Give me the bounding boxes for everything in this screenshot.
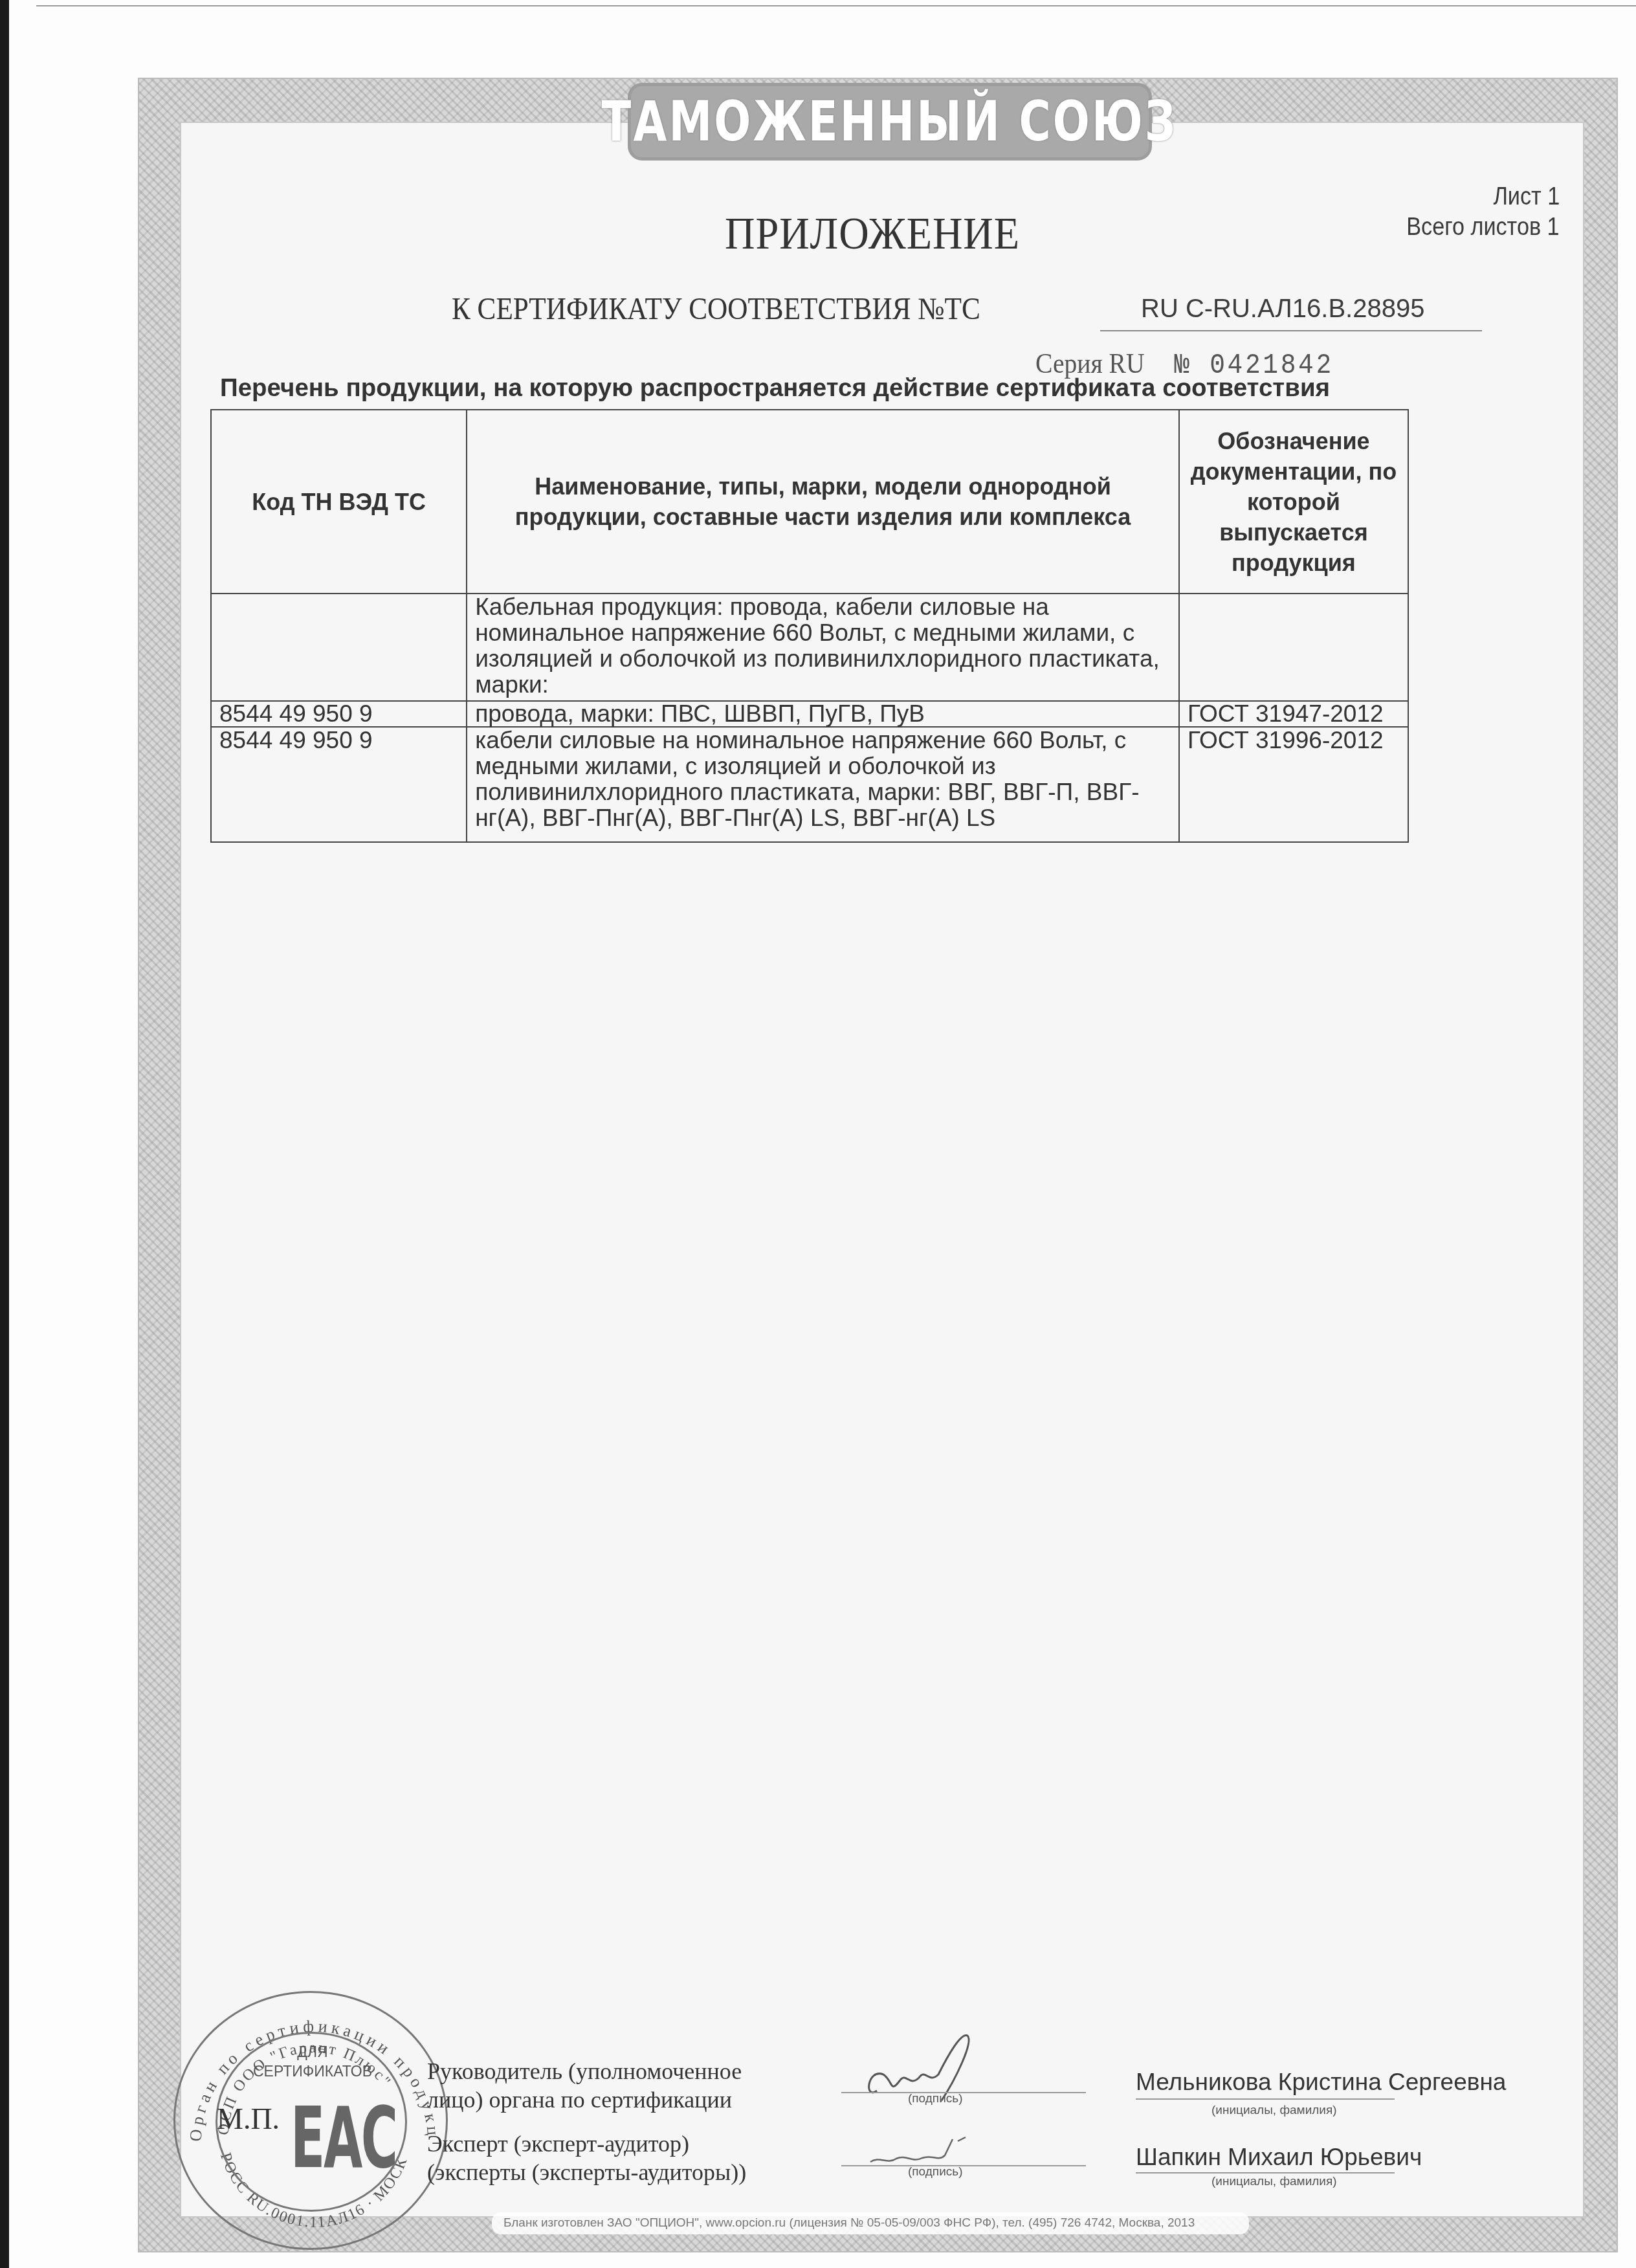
head-name-caption: (инициалы, фамилия) [1211, 2104, 1337, 2118]
expert-label-line1: Эксперт (эксперт-аудитор) [427, 2129, 746, 2158]
eac-mark-icon: ЕАС [291, 2089, 397, 2187]
scan-edge [0, 0, 9, 2268]
expert-signature-caption: (подпись) [908, 2165, 962, 2179]
head-name-line [1136, 2098, 1395, 2100]
head-label: Руководитель (уполномоченное лицо) орган… [427, 2057, 742, 2114]
certification-body-stamp: Орган по сертификации продукции ОСП ООО … [173, 1991, 448, 2250]
cell-code: 8544 49 950 9 [211, 727, 467, 842]
table-row: Кабельная продукция: провода, кабели сил… [211, 594, 1408, 701]
expert-name-caption: (инициалы, фамилия) [1211, 2175, 1337, 2189]
cell-name: провода, марки: ПВС, ШВВП, ПуГВ, ПуВ [467, 701, 1179, 727]
expert-name: Шапкин Михаил Юрьевич [1136, 2144, 1422, 2171]
head-signature-line [841, 2092, 1086, 2093]
cell-name: Кабельная продукция: провода, кабели сил… [467, 594, 1179, 701]
sheet-number: Лист 1 [1493, 183, 1560, 211]
product-list-title: Перечень продукции, на которую распростр… [220, 374, 1330, 403]
cell-doc [1179, 594, 1408, 701]
expert-name-line [1136, 2172, 1395, 2173]
mp-label: М.П. [217, 2102, 280, 2136]
certificate-number-underline [1100, 330, 1482, 331]
table-row: 8544 49 950 9 провода, марки: ПВС, ШВВП,… [211, 701, 1408, 727]
expert-signature-line [841, 2165, 1086, 2166]
head-signature-caption: (подпись) [908, 2092, 962, 2106]
product-table: Код ТН ВЭД ТС Наименование, типы, марки,… [210, 409, 1409, 843]
cell-name: кабели силовые на номинальное напряжение… [467, 727, 1179, 842]
header-doc: Обозначение документации, по которой вып… [1179, 410, 1408, 594]
scan-border-line [36, 5, 1636, 6]
expert-label: Эксперт (эксперт-аудитор) (эксперты (экс… [427, 2129, 746, 2186]
cell-code [211, 594, 467, 701]
expert-label-line2: (эксперты (эксперты-аудиторы)) [427, 2158, 746, 2186]
banner-text: ТАМОЖЕННЫЙ СОЮЗ [602, 89, 1178, 154]
head-label-line1: Руководитель (уполномоченное [427, 2057, 742, 2085]
header-code: Код ТН ВЭД ТС [211, 410, 467, 594]
printer-imprint: Бланк изготовлен ЗАО "ОПЦИОН", www.opcio… [492, 2212, 1249, 2234]
header-name: Наименование, типы, марки, модели одноро… [467, 410, 1179, 594]
certificate-subtitle: К СЕРТИФИКАТУ СООТВЕТСТВИЯ №ТС [452, 291, 980, 327]
page-title: ПРИЛОЖЕНИЕ [725, 208, 1020, 260]
head-name: Мельникова Кристина Сергеевна [1136, 2069, 1506, 2096]
stamp-center-top: ДЛЯ [287, 2043, 338, 2061]
customs-union-banner: ТАМОЖЕННЫЙ СОЮЗ [628, 83, 1152, 161]
total-sheets: Всего листов 1 [1407, 214, 1560, 241]
certificate-number: RU C-RU.АЛ16.В.28895 [1141, 295, 1424, 324]
head-label-line2: лицо) органа по сертификации [427, 2085, 742, 2114]
cell-doc: ГОСТ 31996-2012 [1179, 727, 1408, 842]
cell-doc: ГОСТ 31947-2012 [1179, 701, 1408, 727]
stamp-center-mid: СЕРТИФИКАТОВ [248, 2063, 377, 2080]
cell-code: 8544 49 950 9 [211, 701, 467, 727]
table-row: 8544 49 950 9 кабели силовые на номиналь… [211, 727, 1408, 842]
table-header-row: Код ТН ВЭД ТС Наименование, типы, марки,… [211, 410, 1408, 594]
